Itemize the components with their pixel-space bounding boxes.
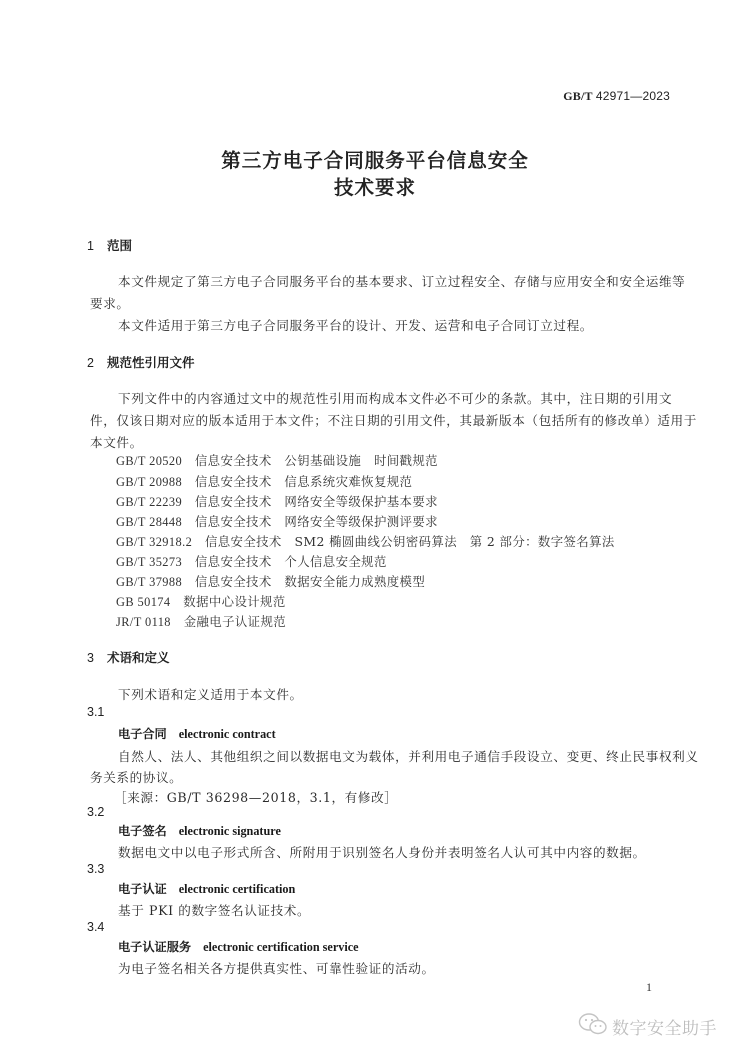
- reference-code: JR/T 0118: [116, 615, 171, 629]
- reference-code: GB/T 22239: [116, 495, 182, 509]
- section-title: 术语和定义: [107, 650, 170, 665]
- term-definition: 为电子签名相关各方提供真实性、可靠性验证的活动。: [118, 958, 435, 977]
- reference-item: GB/T 20988 信息安全技术 信息系统灾难恢复规范: [116, 472, 412, 490]
- reference-title: 信息安全技术 SM2 椭圆曲线公钥密码算法 第 2 部分：数字签名算法: [205, 534, 615, 549]
- section-title: 规范性引用文件: [107, 355, 195, 370]
- reference-item: GB/T 32918.2 信息安全技术 SM2 椭圆曲线公钥密码算法 第 2 部…: [116, 532, 615, 550]
- term-definition-line-2: 务关系的协议。: [90, 767, 182, 786]
- reference-code: GB/T 37988: [116, 575, 182, 589]
- term-zh: 电子签名: [118, 824, 167, 838]
- term-en: electronic signature: [179, 824, 281, 838]
- wechat-icon: [578, 1012, 612, 1041]
- reference-title: 数据中心设计规范: [183, 594, 285, 609]
- term-en: electronic certification: [179, 882, 296, 896]
- standard-prefix: GB/T: [563, 89, 592, 103]
- term-zh: 电子合同: [118, 727, 167, 741]
- term-definition: 数据电文中以电子形式所含、所附用于识别签名人身份并表明签名人认可其中内容的数据。: [118, 842, 646, 861]
- section-number: 3: [87, 651, 107, 665]
- reference-item: GB 50174 数据中心设计规范: [116, 592, 286, 610]
- section-title: 范围: [107, 238, 132, 253]
- term-zh: 电子认证: [118, 882, 167, 896]
- section-2-heading: 2规范性引用文件: [87, 353, 195, 371]
- title-line-1: 第三方电子合同服务平台信息安全: [0, 147, 750, 174]
- reference-title: 信息安全技术 数据安全能力成熟度模型: [195, 574, 425, 589]
- reference-code: GB/T 28448: [116, 515, 182, 529]
- section-number: 1: [87, 239, 107, 253]
- clause-number: 3.4: [87, 920, 104, 934]
- reference-title: 信息安全技术 个人信息安全规范: [195, 554, 387, 569]
- term-definition: 基于 PKI 的数字签名认证技术。: [118, 900, 310, 919]
- page-number: 1: [646, 980, 652, 995]
- reference-item: GB/T 37988 信息安全技术 数据安全能力成熟度模型: [116, 572, 425, 590]
- term-heading: 电子认证electronic certification: [118, 880, 295, 897]
- reference-code: GB/T 20988: [116, 475, 182, 489]
- watermark-text: 数字安全助手: [612, 1014, 717, 1039]
- reference-code: GB/T 35273: [116, 555, 182, 569]
- term-zh: 电子认证服务: [118, 940, 191, 954]
- reference-title: 金融电子认证规范: [184, 614, 286, 629]
- scope-paragraph-1-line-2: 要求。: [90, 293, 130, 312]
- section-number: 2: [87, 356, 107, 370]
- standard-code: 42971—2023: [596, 89, 670, 103]
- term-en: electronic certification service: [203, 940, 358, 954]
- references-intro-line-1: 下列文件中的内容通过文中的规范性引用而构成本文件必不可少的条款。其中，注日期的引…: [118, 388, 672, 407]
- reference-item: GB/T 20520 信息安全技术 公钥基础设施 时间戳规范: [116, 451, 438, 469]
- clause-number: 3.1: [87, 705, 104, 719]
- reference-code: GB/T 32918.2: [116, 535, 192, 549]
- term-en: electronic contract: [179, 727, 276, 741]
- references-intro-line-3: 本文件。: [90, 432, 143, 451]
- terms-intro: 下列术语和定义适用于本文件。: [118, 684, 303, 703]
- clause-number: 3.3: [87, 862, 104, 876]
- scope-paragraph-2: 本文件适用于第三方电子合同服务平台的设计、开发、运营和电子合同订立过程。: [118, 315, 593, 334]
- reference-title: 信息安全技术 网络安全等级保护基本要求: [195, 494, 438, 509]
- term-heading: 电子合同electronic contract: [118, 725, 276, 742]
- document-page: GB/T 42971—2023 第三方电子合同服务平台信息安全 技术要求 1范围…: [0, 0, 750, 1059]
- reference-item: GB/T 35273 信息安全技术 个人信息安全规范: [116, 552, 387, 570]
- section-3-heading: 3术语和定义: [87, 648, 170, 666]
- section-1-heading: 1范围: [87, 236, 132, 254]
- term-heading: 电子认证服务electronic certification service: [118, 938, 359, 955]
- reference-item: JR/T 0118 金融电子认证规范: [116, 612, 286, 630]
- reference-item: GB/T 28448 信息安全技术 网络安全等级保护测评要求: [116, 512, 438, 530]
- reference-item: GB/T 22239 信息安全技术 网络安全等级保护基本要求: [116, 492, 438, 510]
- term-definition-line-1: 自然人、法人、其他组织之间以数据电文为载体，并利用电子通信手段设立、变更、终止民…: [118, 746, 699, 765]
- term-heading: 电子签名electronic signature: [118, 822, 281, 839]
- standard-number: GB/T 42971—2023: [563, 89, 670, 104]
- reference-title: 信息安全技术 网络安全等级保护测评要求: [195, 514, 438, 529]
- term-source: ［来源：GB/T 36298—2018，3.1，有修改］: [114, 787, 397, 806]
- reference-title: 信息安全技术 信息系统灾难恢复规范: [195, 474, 412, 489]
- clause-number: 3.2: [87, 805, 104, 819]
- title-line-2: 技术要求: [0, 174, 750, 201]
- document-title: 第三方电子合同服务平台信息安全 技术要求: [0, 147, 750, 201]
- scope-paragraph-1-line-1: 本文件规定了第三方电子合同服务平台的基本要求、订立过程安全、存储与应用安全和安全…: [118, 271, 685, 290]
- references-intro-line-2: 件，仅该日期对应的版本适用于本文件；不注日期的引用文件，其最新版本（包括所有的修…: [90, 410, 697, 429]
- reference-title: 信息安全技术 公钥基础设施 时间戳规范: [195, 453, 438, 468]
- reference-code: GB 50174: [116, 595, 171, 609]
- watermark: 数字安全助手: [578, 1012, 717, 1041]
- reference-code: GB/T 20520: [116, 454, 182, 468]
